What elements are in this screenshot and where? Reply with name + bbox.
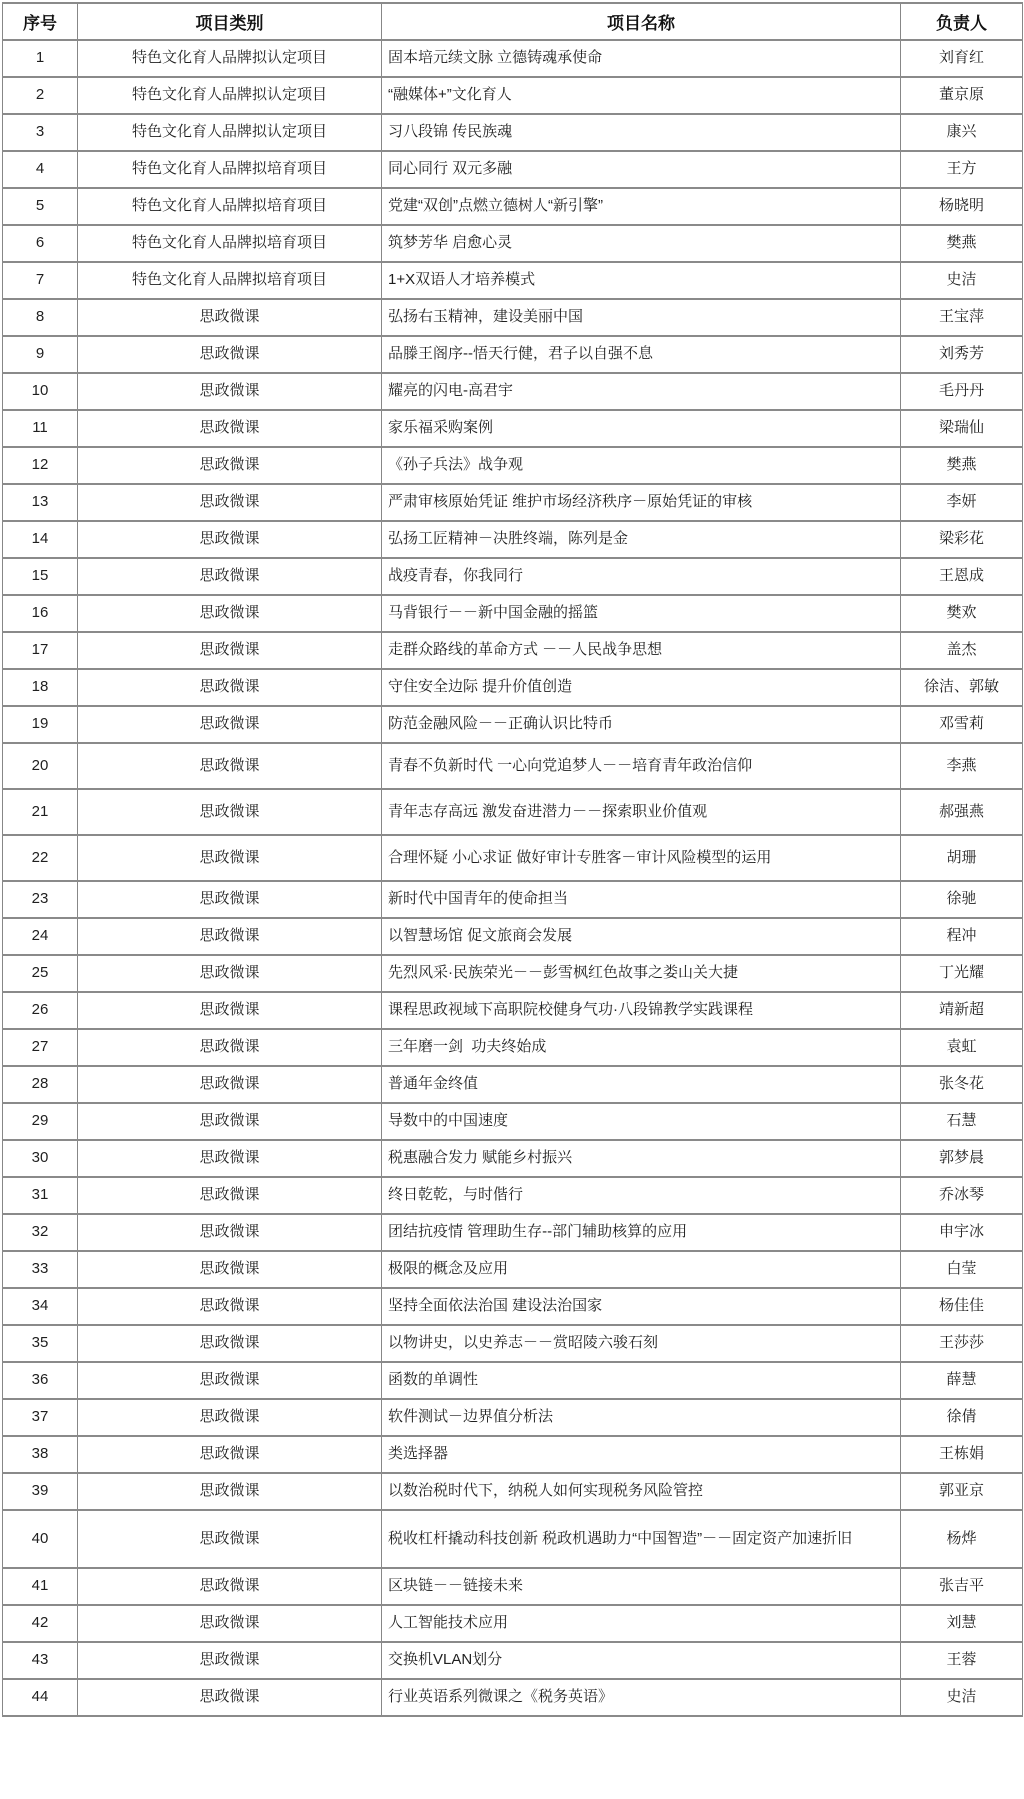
cell-name: 团结抗疫情 管理助生存--部门辅助核算的应用 [382, 1214, 901, 1251]
cell-leader: 郝强燕 [901, 789, 1023, 835]
cell-leader: 董京原 [901, 77, 1023, 114]
table-row: 7 特色文化育人品牌拟培育项目 1+X双语人才培养模式 史洁 [3, 262, 1023, 299]
cell-category: 思政微课 [78, 1399, 382, 1436]
cell-category: 思政微课 [78, 410, 382, 447]
table-row: 2 特色文化育人品牌拟认定项目 “融媒体+”文化育人 董京原 [3, 77, 1023, 114]
table-row: 8 思政微课 弘扬右玉精神，建设美丽中国 王宝萍 [3, 299, 1023, 336]
cell-category: 思政微课 [78, 558, 382, 595]
cell-name: 《孙子兵法》战争观 [382, 447, 901, 484]
cell-index: 20 [3, 743, 78, 789]
cell-index: 29 [3, 1103, 78, 1140]
cell-name: 耀亮的闪电-高君宇 [382, 373, 901, 410]
cell-leader: 梁彩花 [901, 521, 1023, 558]
cell-name: 极限的概念及应用 [382, 1251, 901, 1288]
cell-index: 16 [3, 595, 78, 632]
cell-name: 行业英语系列微课之《税务英语》 [382, 1679, 901, 1716]
table-row: 28 思政微课 普通年金终值 张冬花 [3, 1066, 1023, 1103]
cell-category: 思政微课 [78, 1103, 382, 1140]
cell-leader: 郭亚京 [901, 1473, 1023, 1510]
cell-leader: 徐洁、郭敏 [901, 669, 1023, 706]
cell-name: 马背银行－－新中国金融的摇篮 [382, 595, 901, 632]
table-row: 42 思政微课 人工智能技术应用 刘慧 [3, 1605, 1023, 1642]
table-body: 1 特色文化育人品牌拟认定项目 固本培元续文脉 立德铸魂承使命 刘育红 2 特色… [3, 40, 1023, 1716]
table-row: 16 思政微课 马背银行－－新中国金融的摇篮 樊欢 [3, 595, 1023, 632]
cell-leader: 毛丹丹 [901, 373, 1023, 410]
cell-index: 28 [3, 1066, 78, 1103]
cell-category: 特色文化育人品牌拟培育项目 [78, 188, 382, 225]
cell-index: 8 [3, 299, 78, 336]
cell-name: 家乐福采购案例 [382, 410, 901, 447]
table-row: 13 思政微课 严肃审核原始凭证 维护市场经济秩序－原始凭证的审核 李妍 [3, 484, 1023, 521]
cell-category: 思政微课 [78, 484, 382, 521]
cell-index: 23 [3, 881, 78, 918]
cell-category: 特色文化育人品牌拟培育项目 [78, 262, 382, 299]
cell-index: 18 [3, 669, 78, 706]
cell-name: “融媒体+”文化育人 [382, 77, 901, 114]
cell-category: 思政微课 [78, 1177, 382, 1214]
cell-leader: 郭梦晨 [901, 1140, 1023, 1177]
cell-leader: 康兴 [901, 114, 1023, 151]
cell-index: 2 [3, 77, 78, 114]
table-row: 11 思政微课 家乐福采购案例 梁瑞仙 [3, 410, 1023, 447]
table-row: 43 思政微课 交换机VLAN划分 王蓉 [3, 1642, 1023, 1679]
table-row: 15 思政微课 战疫青春，你我同行 王恩成 [3, 558, 1023, 595]
cell-category: 思政微课 [78, 1288, 382, 1325]
cell-index: 17 [3, 632, 78, 669]
cell-leader: 梁瑞仙 [901, 410, 1023, 447]
table-row: 25 思政微课 先烈风采·民族荣光－－彭雪枫红色故事之娄山关大捷 丁光耀 [3, 955, 1023, 992]
cell-leader: 盖杰 [901, 632, 1023, 669]
cell-index: 32 [3, 1214, 78, 1251]
cell-category: 思政微课 [78, 336, 382, 373]
cell-category: 思政微课 [78, 1473, 382, 1510]
cell-category: 特色文化育人品牌拟认定项目 [78, 40, 382, 77]
cell-name: 交换机VLAN划分 [382, 1642, 901, 1679]
cell-category: 思政微课 [78, 789, 382, 835]
cell-leader: 张冬花 [901, 1066, 1023, 1103]
table-row: 19 思政微课 防范金融风险－－正确认识比特币 邓雪莉 [3, 706, 1023, 743]
cell-name: 终日乾乾，与时偕行 [382, 1177, 901, 1214]
cell-index: 31 [3, 1177, 78, 1214]
cell-leader: 樊燕 [901, 447, 1023, 484]
cell-name: 以数治税时代下，纳税人如何实现税务风险管控 [382, 1473, 901, 1510]
cell-name: 固本培元续文脉 立德铸魂承使命 [382, 40, 901, 77]
table-row: 5 特色文化育人品牌拟培育项目 党建“双创”点燃立德树人“新引擎” 杨晓明 [3, 188, 1023, 225]
cell-leader: 王方 [901, 151, 1023, 188]
cell-index: 3 [3, 114, 78, 151]
table-row: 29 思政微课 导数中的中国速度 石慧 [3, 1103, 1023, 1140]
table-row: 20 思政微课 青春不负新时代 一心向党追梦人－－培育青年政治信仰 李燕 [3, 743, 1023, 789]
cell-name: 函数的单调性 [382, 1362, 901, 1399]
cell-index: 24 [3, 918, 78, 955]
table-row: 24 思政微课 以智慧场馆 促文旅商会发展 程冲 [3, 918, 1023, 955]
cell-leader: 徐驰 [901, 881, 1023, 918]
table-row: 30 思政微课 税惠融合发力 赋能乡村振兴 郭梦晨 [3, 1140, 1023, 1177]
table-row: 33 思政微课 极限的概念及应用 白莹 [3, 1251, 1023, 1288]
cell-category: 特色文化育人品牌拟培育项目 [78, 225, 382, 262]
cell-name: 三年磨一剑 功夫终始成 [382, 1029, 901, 1066]
cell-index: 30 [3, 1140, 78, 1177]
cell-leader: 刘秀芳 [901, 336, 1023, 373]
cell-name: 筑梦芳华 启愈心灵 [382, 225, 901, 262]
cell-index: 34 [3, 1288, 78, 1325]
table-row: 39 思政微课 以数治税时代下，纳税人如何实现税务风险管控 郭亚京 [3, 1473, 1023, 1510]
cell-index: 12 [3, 447, 78, 484]
cell-name: 课程思政视域下高职院校健身气功·八段锦教学实践课程 [382, 992, 901, 1029]
table-row: 36 思政微课 函数的单调性 薛慧 [3, 1362, 1023, 1399]
cell-category: 思政微课 [78, 521, 382, 558]
header-row: 序号 项目类别 项目名称 负责人 [3, 3, 1023, 40]
table-row: 3 特色文化育人品牌拟认定项目 习八段锦 传民族魂 康兴 [3, 114, 1023, 151]
cell-index: 14 [3, 521, 78, 558]
table-row: 32 思政微课 团结抗疫情 管理助生存--部门辅助核算的应用 申宇冰 [3, 1214, 1023, 1251]
cell-name: 党建“双创”点燃立德树人“新引擎” [382, 188, 901, 225]
table-row: 14 思政微课 弘扬工匠精神－决胜终端，陈列是金 梁彩花 [3, 521, 1023, 558]
table-row: 6 特色文化育人品牌拟培育项目 筑梦芳华 启愈心灵 樊燕 [3, 225, 1023, 262]
table-row: 18 思政微课 守住安全边际 提升价值创造 徐洁、郭敏 [3, 669, 1023, 706]
cell-category: 思政微课 [78, 1362, 382, 1399]
cell-index: 4 [3, 151, 78, 188]
cell-index: 11 [3, 410, 78, 447]
cell-name: 新时代中国青年的使命担当 [382, 881, 901, 918]
cell-index: 13 [3, 484, 78, 521]
cell-name: 类选择器 [382, 1436, 901, 1473]
project-table: 序号 项目类别 项目名称 负责人 1 特色文化育人品牌拟认定项目 固本培元续文脉… [2, 2, 1023, 1717]
table-row: 40 思政微课 税收杠杆撬动科技创新 税政机遇助力“中国智造”－－固定资产加速折… [3, 1510, 1023, 1568]
table-row: 35 思政微课 以物讲史，以史养志－－赏昭陵六骏石刻 王莎莎 [3, 1325, 1023, 1362]
cell-name: 青春不负新时代 一心向党追梦人－－培育青年政治信仰 [382, 743, 901, 789]
cell-index: 25 [3, 955, 78, 992]
cell-index: 6 [3, 225, 78, 262]
cell-leader: 王栋娟 [901, 1436, 1023, 1473]
table-row: 17 思政微课 走群众路线的革命方式 －－人民战争思想 盖杰 [3, 632, 1023, 669]
table-header: 序号 项目类别 项目名称 负责人 [3, 3, 1023, 40]
cell-category: 思政微课 [78, 447, 382, 484]
cell-category: 思政微课 [78, 1679, 382, 1716]
cell-leader: 丁光耀 [901, 955, 1023, 992]
cell-index: 41 [3, 1568, 78, 1605]
cell-index: 7 [3, 262, 78, 299]
cell-category: 思政微课 [78, 955, 382, 992]
col-header-name: 项目名称 [382, 3, 901, 40]
cell-leader: 李燕 [901, 743, 1023, 789]
cell-leader: 石慧 [901, 1103, 1023, 1140]
cell-name: 导数中的中国速度 [382, 1103, 901, 1140]
cell-category: 特色文化育人品牌拟认定项目 [78, 114, 382, 151]
table-row: 38 思政微课 类选择器 王栋娟 [3, 1436, 1023, 1473]
table-row: 4 特色文化育人品牌拟培育项目 同心同行 双元多融 王方 [3, 151, 1023, 188]
cell-category: 思政微课 [78, 1568, 382, 1605]
cell-leader: 白莹 [901, 1251, 1023, 1288]
cell-name: 弘扬右玉精神，建设美丽中国 [382, 299, 901, 336]
cell-name: 区块链－－链接未来 [382, 1568, 901, 1605]
cell-category: 思政微课 [78, 1140, 382, 1177]
cell-name: 合理怀疑 小心求证 做好审计专胜客－审计风险模型的运用 [382, 835, 901, 881]
cell-category: 思政微课 [78, 918, 382, 955]
cell-leader: 杨晓明 [901, 188, 1023, 225]
cell-name: 走群众路线的革命方式 －－人民战争思想 [382, 632, 901, 669]
cell-leader: 李妍 [901, 484, 1023, 521]
col-header-category: 项目类别 [78, 3, 382, 40]
col-header-index: 序号 [3, 3, 78, 40]
cell-leader: 邓雪莉 [901, 706, 1023, 743]
cell-leader: 胡珊 [901, 835, 1023, 881]
cell-index: 10 [3, 373, 78, 410]
cell-name: 软件测试－边界值分析法 [382, 1399, 901, 1436]
cell-category: 思政微课 [78, 881, 382, 918]
cell-name: 同心同行 双元多融 [382, 151, 901, 188]
cell-name: 守住安全边际 提升价值创造 [382, 669, 901, 706]
cell-leader: 程冲 [901, 918, 1023, 955]
table-row: 21 思政微课 青年志存高远 激发奋进潜力－－探索职业价值观 郝强燕 [3, 789, 1023, 835]
cell-name: 坚持全面依法治国 建设法治国家 [382, 1288, 901, 1325]
cell-name: 先烈风采·民族荣光－－彭雪枫红色故事之娄山关大捷 [382, 955, 901, 992]
cell-name: 防范金融风险－－正确认识比特币 [382, 706, 901, 743]
cell-name: 习八段锦 传民族魂 [382, 114, 901, 151]
cell-leader: 靖新超 [901, 992, 1023, 1029]
cell-leader: 薛慧 [901, 1362, 1023, 1399]
cell-index: 43 [3, 1642, 78, 1679]
cell-category: 思政微课 [78, 743, 382, 789]
cell-index: 27 [3, 1029, 78, 1066]
cell-leader: 刘育红 [901, 40, 1023, 77]
cell-index: 26 [3, 992, 78, 1029]
cell-category: 思政微课 [78, 1251, 382, 1288]
cell-name: 以物讲史，以史养志－－赏昭陵六骏石刻 [382, 1325, 901, 1362]
cell-category: 思政微课 [78, 835, 382, 881]
cell-index: 38 [3, 1436, 78, 1473]
cell-index: 36 [3, 1362, 78, 1399]
cell-category: 思政微课 [78, 1214, 382, 1251]
cell-category: 思政微课 [78, 1642, 382, 1679]
cell-leader: 史洁 [901, 1679, 1023, 1716]
cell-name: 人工智能技术应用 [382, 1605, 901, 1642]
cell-leader: 王宝萍 [901, 299, 1023, 336]
cell-leader: 史洁 [901, 262, 1023, 299]
cell-index: 19 [3, 706, 78, 743]
cell-leader: 杨佳佳 [901, 1288, 1023, 1325]
document-page: 序号 项目类别 项目名称 负责人 1 特色文化育人品牌拟认定项目 固本培元续文脉… [0, 0, 1024, 1799]
cell-index: 37 [3, 1399, 78, 1436]
cell-category: 特色文化育人品牌拟认定项目 [78, 77, 382, 114]
cell-index: 33 [3, 1251, 78, 1288]
cell-category: 思政微课 [78, 299, 382, 336]
cell-leader: 张吉平 [901, 1568, 1023, 1605]
table-row: 34 思政微课 坚持全面依法治国 建设法治国家 杨佳佳 [3, 1288, 1023, 1325]
cell-leader: 王恩成 [901, 558, 1023, 595]
cell-index: 21 [3, 789, 78, 835]
table-row: 9 思政微课 品滕王阁序--悟天行健，君子以自强不息 刘秀芳 [3, 336, 1023, 373]
cell-index: 22 [3, 835, 78, 881]
cell-name: 弘扬工匠精神－决胜终端，陈列是金 [382, 521, 901, 558]
cell-index: 9 [3, 336, 78, 373]
cell-category: 思政微课 [78, 632, 382, 669]
table-row: 12 思政微课 《孙子兵法》战争观 樊燕 [3, 447, 1023, 484]
table-row: 31 思政微课 终日乾乾，与时偕行 乔冰琴 [3, 1177, 1023, 1214]
table-row: 27 思政微课 三年磨一剑 功夫终始成 袁虹 [3, 1029, 1023, 1066]
cell-name: 1+X双语人才培养模式 [382, 262, 901, 299]
cell-leader: 王莎莎 [901, 1325, 1023, 1362]
cell-index: 1 [3, 40, 78, 77]
table-row: 23 思政微课 新时代中国青年的使命担当 徐驰 [3, 881, 1023, 918]
cell-leader: 乔冰琴 [901, 1177, 1023, 1214]
cell-category: 思政微课 [78, 1029, 382, 1066]
cell-name: 普通年金终值 [382, 1066, 901, 1103]
cell-leader: 刘慧 [901, 1605, 1023, 1642]
table-row: 41 思政微课 区块链－－链接未来 张吉平 [3, 1568, 1023, 1605]
table-row: 26 思政微课 课程思政视域下高职院校健身气功·八段锦教学实践课程 靖新超 [3, 992, 1023, 1029]
cell-category: 思政微课 [78, 595, 382, 632]
cell-category: 思政微课 [78, 1510, 382, 1568]
cell-name: 战疫青春，你我同行 [382, 558, 901, 595]
cell-index: 15 [3, 558, 78, 595]
cell-name: 税惠融合发力 赋能乡村振兴 [382, 1140, 901, 1177]
cell-index: 42 [3, 1605, 78, 1642]
table-row: 1 特色文化育人品牌拟认定项目 固本培元续文脉 立德铸魂承使命 刘育红 [3, 40, 1023, 77]
cell-index: 39 [3, 1473, 78, 1510]
table-row: 44 思政微课 行业英语系列微课之《税务英语》 史洁 [3, 1679, 1023, 1716]
cell-leader: 杨烨 [901, 1510, 1023, 1568]
cell-leader: 王蓉 [901, 1642, 1023, 1679]
cell-category: 思政微课 [78, 669, 382, 706]
cell-name: 税收杠杆撬动科技创新 税政机遇助力“中国智造”－－固定资产加速折旧 [382, 1510, 901, 1568]
cell-index: 44 [3, 1679, 78, 1716]
cell-leader: 申宇冰 [901, 1214, 1023, 1251]
cell-category: 思政微课 [78, 1605, 382, 1642]
cell-name: 青年志存高远 激发奋进潜力－－探索职业价值观 [382, 789, 901, 835]
cell-leader: 樊欢 [901, 595, 1023, 632]
col-header-leader: 负责人 [901, 3, 1023, 40]
cell-category: 思政微课 [78, 1436, 382, 1473]
table-row: 22 思政微课 合理怀疑 小心求证 做好审计专胜客－审计风险模型的运用 胡珊 [3, 835, 1023, 881]
table-row: 10 思政微课 耀亮的闪电-高君宇 毛丹丹 [3, 373, 1023, 410]
cell-category: 思政微课 [78, 373, 382, 410]
cell-name: 以智慧场馆 促文旅商会发展 [382, 918, 901, 955]
cell-index: 5 [3, 188, 78, 225]
cell-category: 思政微课 [78, 706, 382, 743]
cell-category: 特色文化育人品牌拟培育项目 [78, 151, 382, 188]
cell-name: 品滕王阁序--悟天行健，君子以自强不息 [382, 336, 901, 373]
cell-index: 40 [3, 1510, 78, 1568]
cell-leader: 樊燕 [901, 225, 1023, 262]
table-row: 37 思政微课 软件测试－边界值分析法 徐倩 [3, 1399, 1023, 1436]
cell-category: 思政微课 [78, 992, 382, 1029]
cell-leader: 袁虹 [901, 1029, 1023, 1066]
cell-category: 思政微课 [78, 1066, 382, 1103]
cell-name: 严肃审核原始凭证 维护市场经济秩序－原始凭证的审核 [382, 484, 901, 521]
cell-category: 思政微课 [78, 1325, 382, 1362]
cell-index: 35 [3, 1325, 78, 1362]
cell-leader: 徐倩 [901, 1399, 1023, 1436]
